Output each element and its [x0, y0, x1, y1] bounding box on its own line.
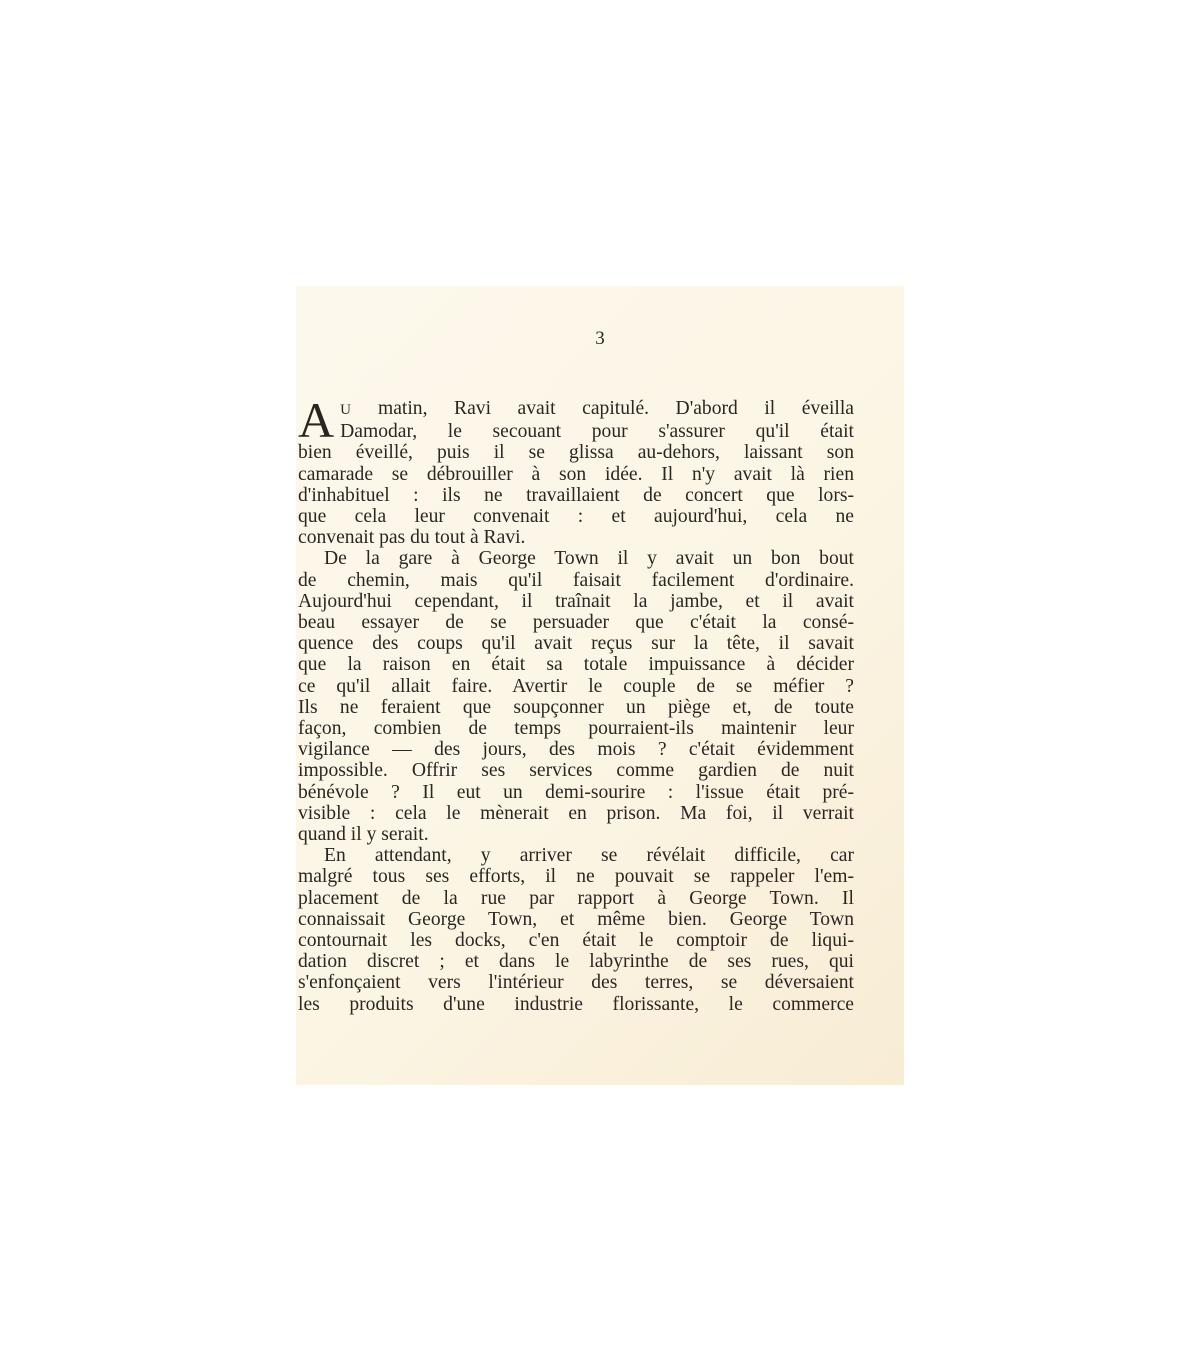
text-line: connaissait George Town, et même bien. G…: [298, 909, 854, 930]
text-line: dation discret ; et dans le labyrinthe d…: [298, 951, 854, 972]
text-line: U matin, Ravi avait capitulé. D'abord il…: [298, 398, 854, 421]
paragraph-1: A U matin, Ravi avait capitulé. D'abord …: [298, 398, 854, 548]
text-line: bien éveillé, puis il se glissa au-dehor…: [298, 442, 854, 463]
text-line: Damodar, le secouant pour s'assurer qu'i…: [298, 421, 854, 442]
text-line: Aujourd'hui cependant, il traînait la ja…: [298, 591, 854, 612]
drop-cap: A: [298, 400, 334, 440]
text-line: malgré tous ses efforts, il ne pouvait s…: [298, 866, 854, 887]
text-line: camarade se débrouiller à son idée. Il n…: [298, 464, 854, 485]
text-line: bénévole ? Il eut un demi-sourire : l'is…: [298, 782, 854, 803]
body-text: A U matin, Ravi avait capitulé. D'abord …: [298, 398, 854, 1015]
text-line: beau essayer de se persuader que c'était…: [298, 612, 854, 633]
text-line: quence des coups qu'il avait reçus sur l…: [298, 633, 854, 654]
text-line: En attendant, y arriver se révélait diff…: [298, 845, 854, 866]
text-line: contournait les docks, c'en était le com…: [298, 930, 854, 951]
paragraph-2: De la gare à George Town il y avait un b…: [298, 548, 854, 845]
text-line: ce qu'il allait faire. Avertir le couple…: [298, 676, 854, 697]
chapter-number: 3: [296, 328, 904, 350]
text-line: de chemin, mais qu'il faisait facilement…: [298, 570, 854, 591]
text-line: d'inhabituel : ils ne travaillaient de c…: [298, 485, 854, 506]
paragraph-3: En attendant, y arriver se révélait diff…: [298, 845, 854, 1015]
small-caps: U: [340, 402, 351, 418]
text-line: placement de la rue par rapport à George…: [298, 888, 854, 909]
text-line: impossible. Offrir ses services comme ga…: [298, 760, 854, 781]
text-line: que la raison en était sa totale impuiss…: [298, 654, 854, 675]
book-page: 3 A U matin, Ravi avait capitulé. D'abor…: [296, 286, 904, 1085]
text-line: convenait pas du tout à Ravi.: [298, 527, 854, 548]
text-line: quand il y serait.: [298, 824, 854, 845]
text-line: s'enfonçaient vers l'intérieur des terre…: [298, 972, 854, 993]
text-line: Ils ne feraient que soupçonner un piège …: [298, 697, 854, 718]
text-line: les produits d'une industrie florissante…: [298, 994, 854, 1015]
text-line: visible : cela le mènerait en prison. Ma…: [298, 803, 854, 824]
text-line: façon, combien de temps pourraient-ils m…: [298, 718, 854, 739]
text-line: De la gare à George Town il y avait un b…: [298, 548, 854, 569]
text-line: que cela leur convenait : et aujourd'hui…: [298, 506, 854, 527]
text-line: vigilance — des jours, des mois ? c'étai…: [298, 739, 854, 760]
